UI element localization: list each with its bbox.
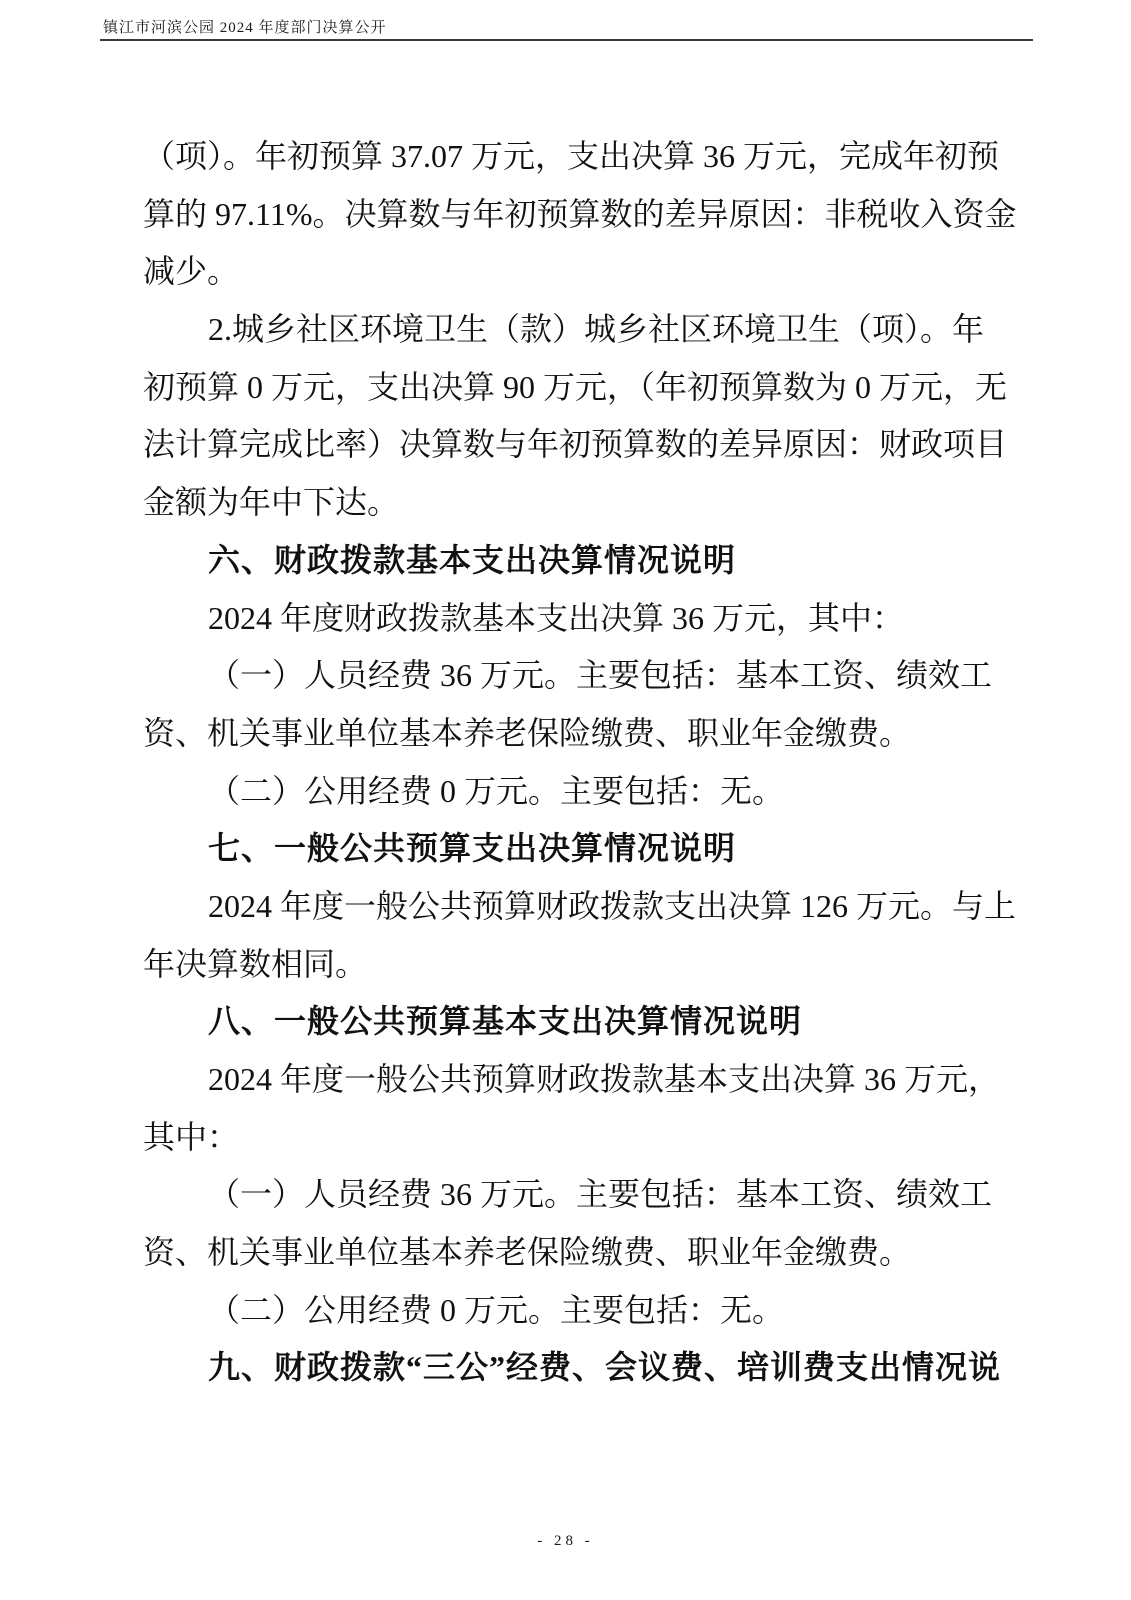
heading-line: 八、一般公共预算基本支出决算情况说明 — [143, 993, 975, 1051]
document-page: 镇江市河滨公园 2024 年度部门决算公开 （项）。年初预算 37.07 万元，… — [0, 0, 1131, 1600]
text-line: 资、机关事业单位基本养老保险缴费、职业年金缴费。 — [143, 1224, 975, 1282]
text-line: 法计算完成比率）决算数与年初预算数的差异原因：财政项目 — [143, 416, 975, 474]
heading-line: 七、一般公共预算支出决算情况说明 — [143, 820, 975, 878]
page-number: - 28 - — [537, 1533, 594, 1549]
text-line: （一）人员经费 36 万元。主要包括：基本工资、绩效工 — [143, 1166, 975, 1224]
text-line: 初预算 0 万元，支出决算 90 万元，（年初预算数为 0 万元，无 — [143, 359, 975, 417]
page-header: 镇江市河滨公园 2024 年度部门决算公开 — [0, 0, 1131, 44]
text-line: 2024 年度一般公共预算财政拨款基本支出决算 36 万元， — [143, 1051, 975, 1109]
header-rule — [100, 39, 1033, 41]
text-line: （二）公用经费 0 万元。主要包括：无。 — [143, 1282, 975, 1340]
text-line: 2024 年度一般公共预算财政拨款支出决算 126 万元。与上 — [143, 878, 975, 936]
text-line: 其中： — [143, 1109, 975, 1167]
text-line: 算的 97.11%。决算数与年初预算数的差异原因：非税收入资金 — [143, 186, 975, 244]
text-line: （项）。年初预算 37.07 万元，支出决算 36 万元，完成年初预 — [143, 128, 975, 186]
text-line: 2024 年度财政拨款基本支出决算 36 万元，其中： — [143, 590, 975, 648]
text-line: 金额为年中下达。 — [143, 474, 975, 532]
text-line: （一）人员经费 36 万元。主要包括：基本工资、绩效工 — [143, 647, 975, 705]
document-body: （项）。年初预算 37.07 万元，支出决算 36 万元，完成年初预算的 97.… — [143, 128, 975, 1397]
text-line: （二）公用经费 0 万元。主要包括：无。 — [143, 763, 975, 821]
heading-line: 九、财政拨款“三公”经费、会议费、培训费支出情况说 — [143, 1339, 975, 1397]
text-line: 2.城乡社区环境卫生（款）城乡社区环境卫生（项）。年 — [143, 301, 975, 359]
page-footer: - 28 - — [0, 1532, 1131, 1550]
text-line: 资、机关事业单位基本养老保险缴费、职业年金缴费。 — [143, 705, 975, 763]
text-line: 年决算数相同。 — [143, 936, 975, 994]
header-title: 镇江市河滨公园 2024 年度部门决算公开 — [103, 16, 387, 37]
heading-line: 六、财政拨款基本支出决算情况说明 — [143, 532, 975, 590]
text-line: 减少。 — [143, 243, 975, 301]
